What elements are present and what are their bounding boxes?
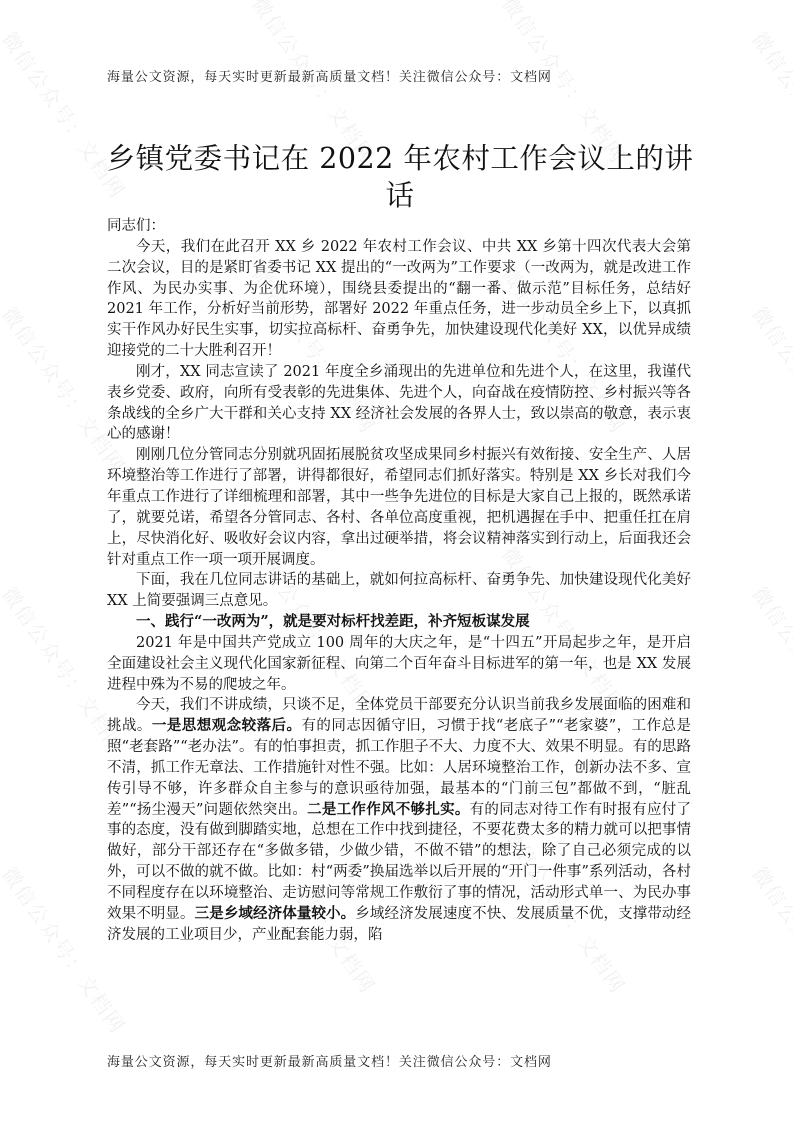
point-1-heading: 一是思想观念较落后。 xyxy=(152,717,302,734)
paragraph-transition: 下面，我在几位同志讲话的基础上，就如何拉高标杆、奋勇争先、加快建设现代化美好 X… xyxy=(107,570,691,612)
paragraph-shortcomings: 今天，我们不讲成绩，只谈不足，全体党员干部要充分认识当前我乡发展面临的困难和挑战… xyxy=(107,695,691,945)
page-header: 海量公文资源，每天实时更新最新高质量文档！关注微信公众号：文档网 xyxy=(107,66,707,85)
document-title: 乡镇党委书记在 2022 年农村工作会议上的讲 话 xyxy=(100,140,700,214)
title-line-1: 乡镇党委书记在 2022 年农村工作会议上的讲 xyxy=(107,142,694,175)
page-footer: 海量公文资源，每天实时更新最新高质量文档！关注微信公众号：文档网 xyxy=(107,1051,707,1070)
paragraph-opening: 今天，我们在此召开 XX 乡 2022 年农村工作会议、中共 XX 乡第十四次代… xyxy=(107,237,691,362)
point-2-heading: 二是工作作风不够扎实。 xyxy=(307,801,470,818)
title-line-2: 话 xyxy=(385,179,414,212)
paragraph-deployment: 刚刚几位分管同志分别就巩固拓展脱贫攻坚成果同乡村振兴有效衔接、安全生产、人居环境… xyxy=(107,445,691,570)
point-3-heading: 三是乡域经济体量较小。 xyxy=(195,905,356,922)
watermark-text: 微信公众号：文档网 xyxy=(746,300,793,479)
paragraph-thanks: 刚才，XX 同志宣读了 2021 年度全乡涌现出的先进单位和先进个人，在这里，我… xyxy=(107,362,691,445)
paragraph-2021-review: 2021 年是中国共产党成立 100 周年的大庆之年，是“十四五”开局起步之年，… xyxy=(107,633,691,696)
section-heading-1: 一、践行“一改两为”，就是要对标杆找差距，补齐短板谋发展 xyxy=(107,612,691,633)
watermark-text: 微信公众号：文档网 xyxy=(746,580,793,759)
document-body: 同志们： 今天，我们在此召开 XX 乡 2022 年农村工作会议、中共 XX 乡… xyxy=(107,216,691,946)
watermark-text: 微信公众号：文档网 xyxy=(746,860,793,1039)
point-2-text: 有的同志对待工作有时报有应付了事的态度，没有做到脚踏实地，总想在工作中找到捷径，… xyxy=(107,802,691,922)
salutation: 同志们： xyxy=(107,216,691,237)
watermark-text: 微信公众号：文档网 xyxy=(746,25,793,204)
